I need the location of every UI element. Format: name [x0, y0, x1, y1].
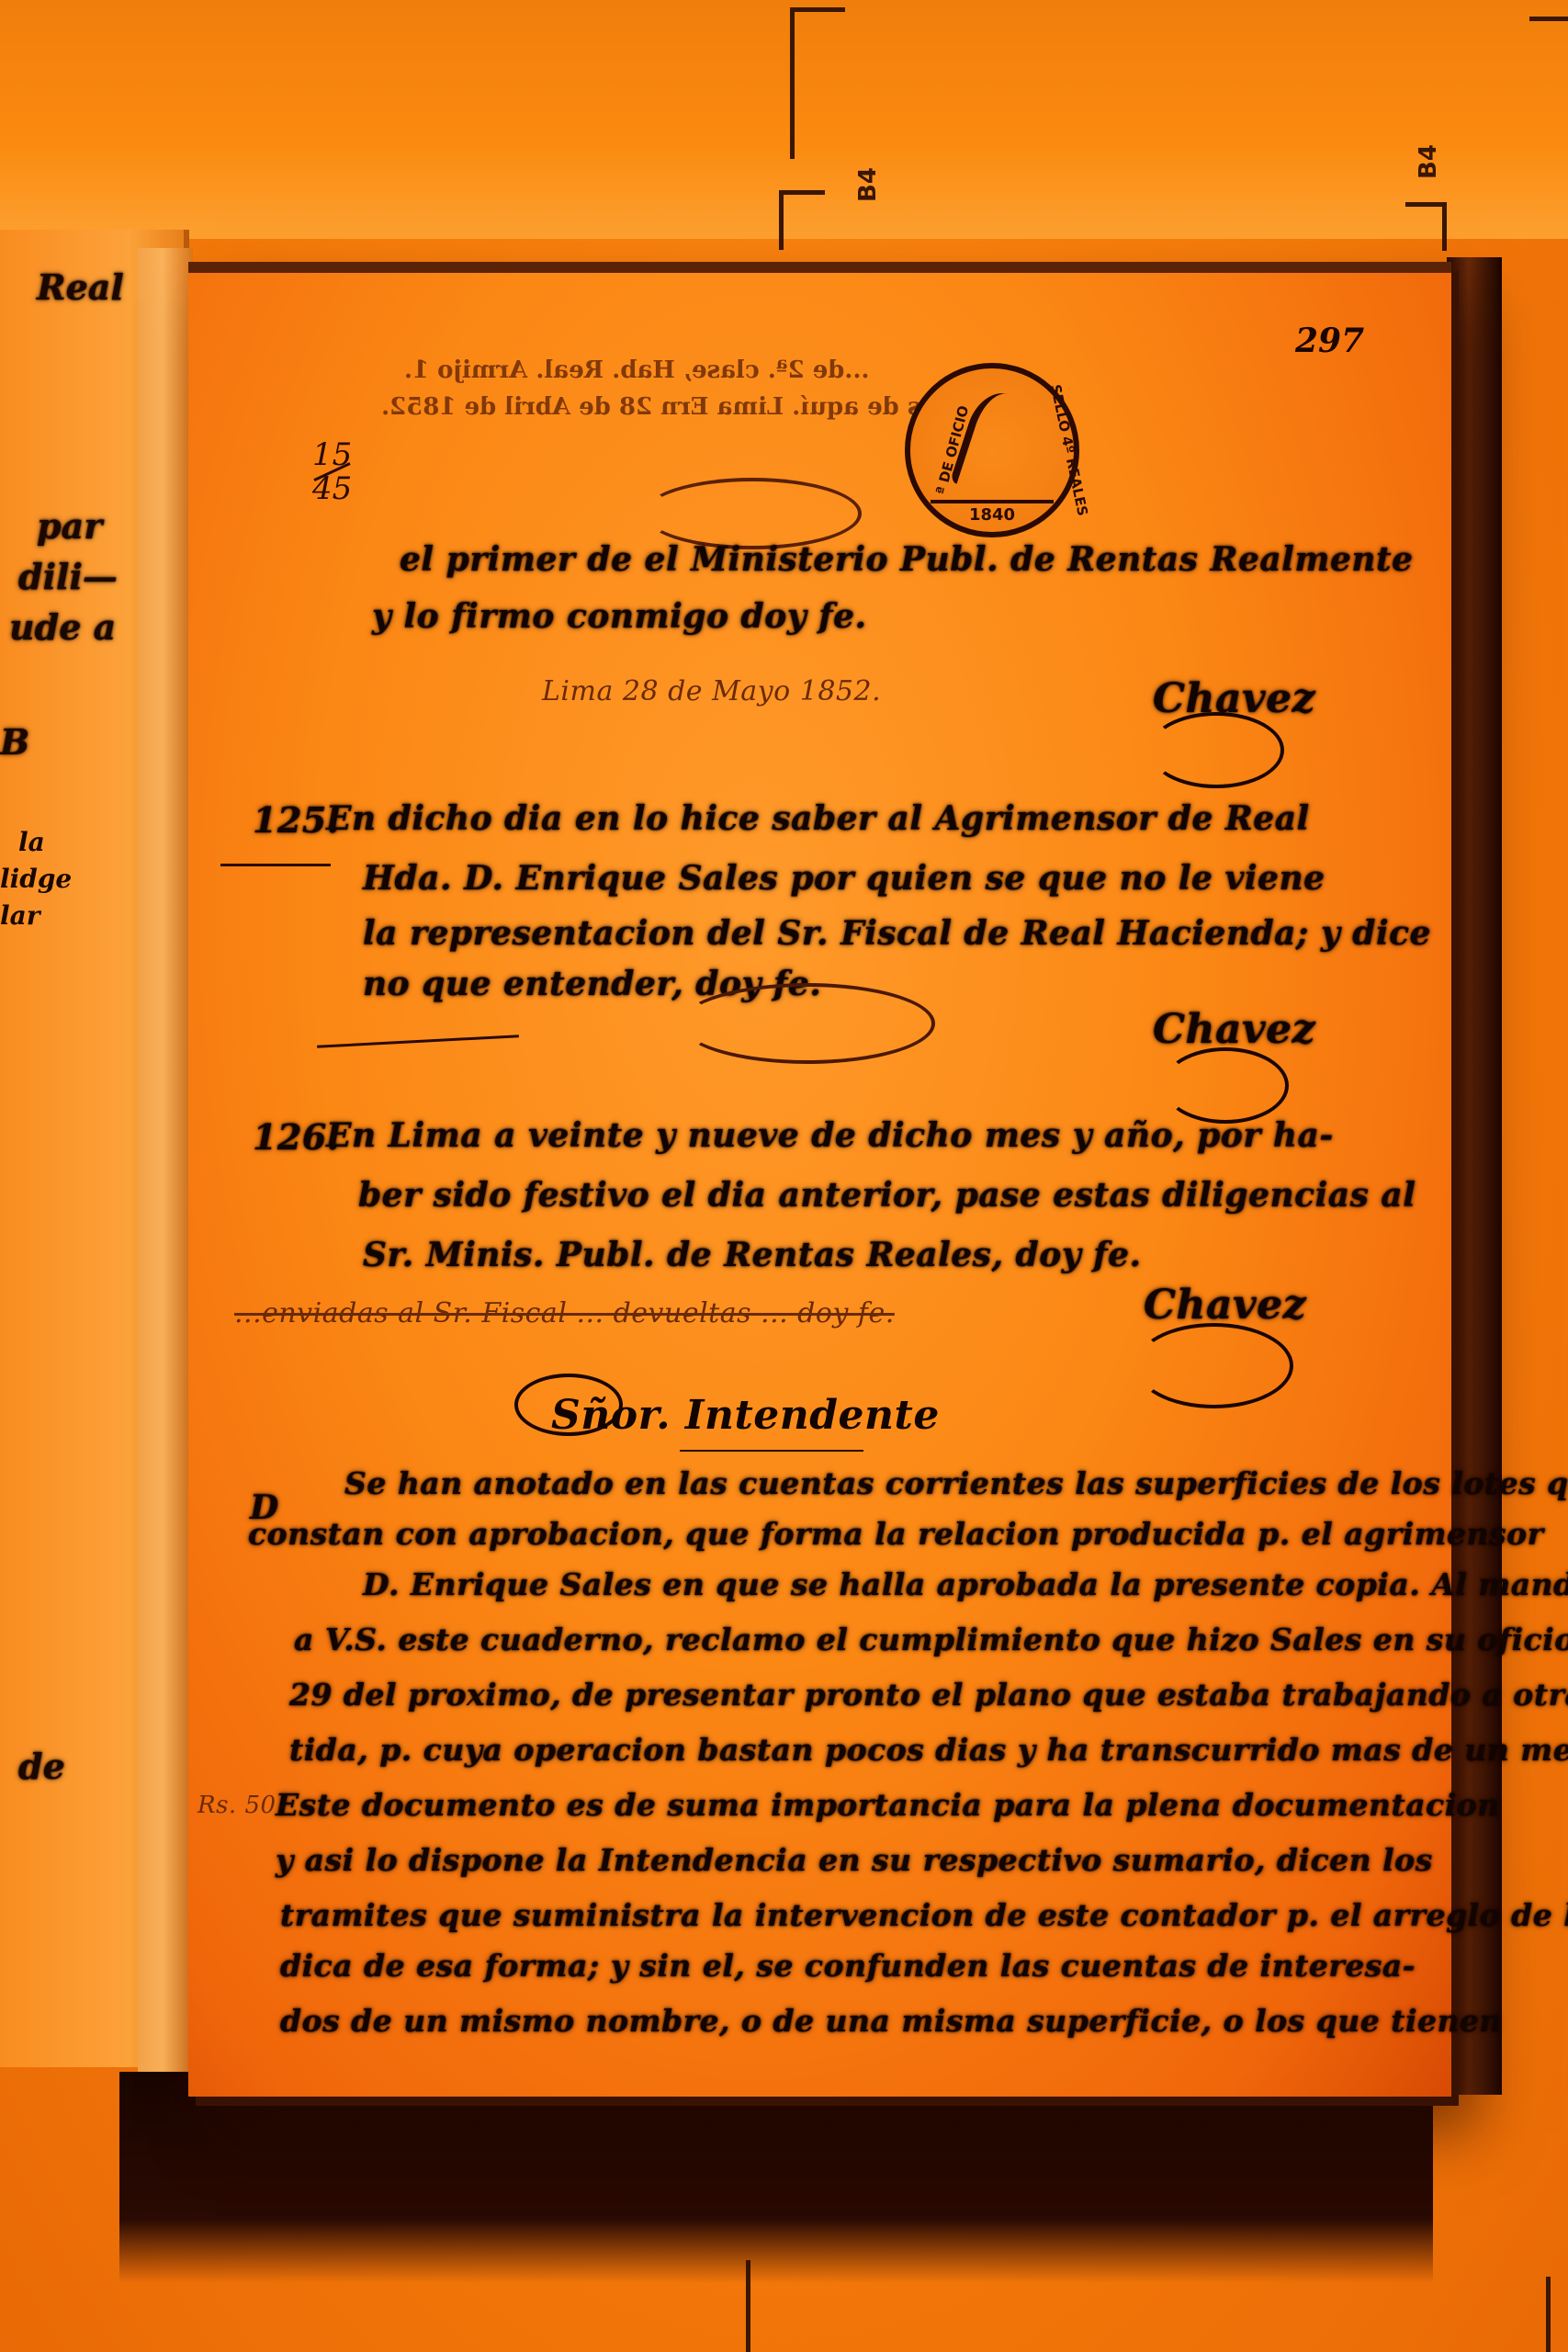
letter-line: 29 del proximo, de presentar pronto el p… [289, 1677, 1568, 1713]
rubric-flourish-icon [680, 983, 935, 1064]
signature: Chavez [1144, 1282, 1306, 1329]
crop-label-left: B4 [854, 167, 882, 202]
signature-rubric-icon [1134, 1323, 1293, 1408]
crop-mark-top-right [1529, 17, 1568, 25]
left-page-fragment: par [37, 505, 102, 547]
entry-line: y lo firmo conmigo doy fe. [372, 597, 867, 636]
left-page-fragment: de [18, 1746, 65, 1787]
book-shadow [119, 2072, 1433, 2283]
signature: Chavez [1153, 1006, 1315, 1053]
crop-mark-mid-left [779, 190, 825, 250]
crop-label-right: B4 [1415, 144, 1442, 179]
book-spine [138, 248, 193, 2076]
letter-line: tramites que suministra la intervencion … [280, 1897, 1568, 1933]
entry-line: Sr. Minis. Publ. de Rentas Reales, doy f… [363, 1236, 1142, 1274]
letter-line: Se han anotado en las cuentas corrientes… [344, 1465, 1568, 1501]
letter-line: y asi lo dispone la Intendencia en su re… [276, 1842, 1433, 1878]
letter-line: tida, p. cuya operacion bastan pocos dia… [289, 1732, 1568, 1768]
letter-line: dica de esa forma; y sin el, se confunde… [280, 1948, 1416, 1984]
rubric-flourish-icon [643, 478, 862, 549]
margin-rule [220, 864, 331, 866]
letter-line: dos de un mismo nombre, o de una misma s… [280, 2003, 1502, 2039]
official-seal-icon: ª DE OFICIO SELLO 4º REALES 1840 [905, 363, 1079, 537]
fraction-top: 15 [312, 436, 352, 473]
signature-rubric-icon [1162, 1047, 1289, 1124]
left-page-fragment: lidge [0, 864, 72, 894]
signature-rubric-icon [1148, 712, 1284, 788]
entry-date-line: Lima 28 de Mayo 1852. [542, 675, 881, 707]
left-page-fragment: B [0, 721, 29, 763]
entry-line: la representacion del Sr. Fiscal de Real… [363, 914, 1431, 953]
left-page-fragment: dili— [18, 556, 118, 597]
entry-line: el primer de el Ministerio Publ. de Rent… [400, 540, 1414, 579]
left-page-fragment: lar [0, 900, 40, 931]
letter-line: Este documento es de suma importancia pa… [276, 1787, 1500, 1823]
letter-line: D. Enrique Sales en que se halla aprobad… [363, 1566, 1568, 1602]
crop-mark-bottom-right [1546, 2277, 1555, 2352]
crop-mark-mid-right [1405, 202, 1447, 251]
printed-header-line: ...de 2ª. clase, Hab. Real. Armijo 1. [404, 356, 870, 384]
entry-line: ber sido festivo el dia anterior, pase e… [358, 1176, 1416, 1215]
entry-line: En dicho dia en lo hice saber al Agrimen… [326, 799, 1310, 838]
letter-line: constan con aprobacion, que forma la rel… [248, 1516, 1544, 1552]
margin-mark: D [250, 1488, 279, 1527]
seal-allegorical-figure [950, 386, 1049, 504]
left-page-fragment: la [18, 827, 45, 857]
folio-number: 297 [1295, 322, 1364, 360]
seal-year: 1840 [931, 500, 1054, 525]
crossed-out-line: ...enviadas al Sr. Fiscal ... devueltas … [234, 1297, 895, 1329]
left-page-fragment: ude a [9, 606, 116, 648]
margin-mark: Rs. 50 [197, 1792, 276, 1819]
entry-line: Hda. D. Enrique Sales por quien se que n… [363, 859, 1325, 898]
salutation-underline [680, 1450, 863, 1452]
crop-mark-top-left [790, 7, 845, 159]
salutation: Sñor. Intendente [551, 1392, 940, 1439]
letter-line: a V.S. este cuaderno, reclamo el cumplim… [294, 1622, 1568, 1657]
entry-line: En Lima a veinte y nueve de dicho mes y … [326, 1116, 1334, 1155]
left-page-fragment: Real [37, 266, 124, 308]
archive-fraction: 15 45 [312, 441, 352, 503]
